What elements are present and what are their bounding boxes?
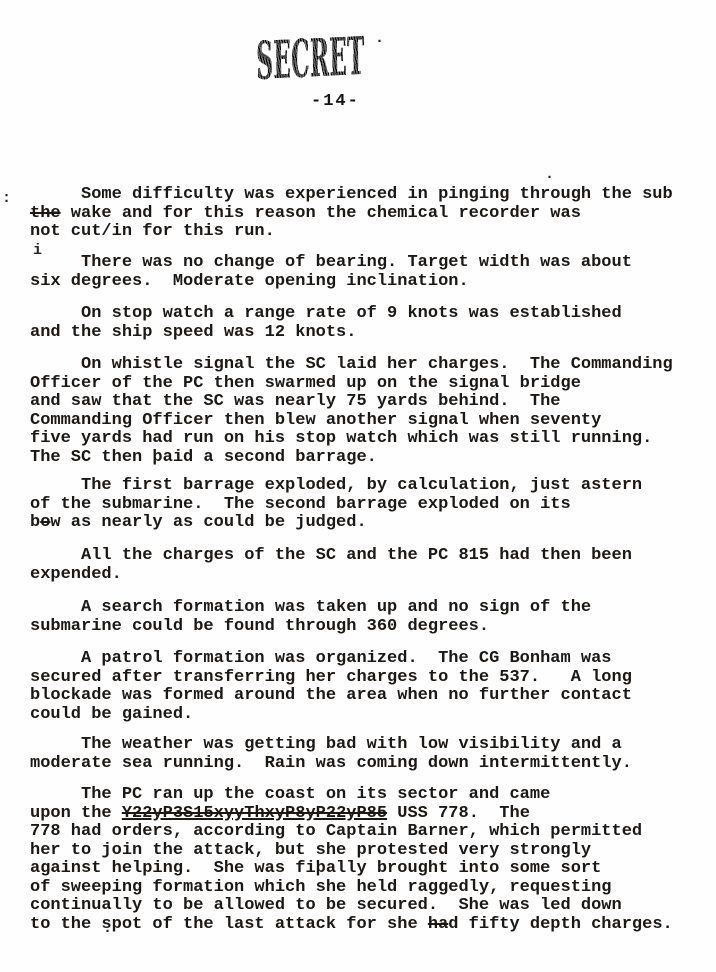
- text-line: the wake and for this reason the chemica…: [30, 205, 706, 224]
- text-line: The weather was getting bad with low vis…: [30, 736, 706, 755]
- text-segment: USS 778. The: [387, 804, 530, 823]
- text-segment: On whistle signal the SC laid her charge…: [30, 355, 673, 374]
- text-segment: moderate sea running. Rain was coming do…: [30, 754, 632, 773]
- paragraph: There was no change of bearing. Target w…: [30, 254, 706, 291]
- text-line: not cut/in for this run.: [30, 223, 706, 242]
- text-segment: The PC ran up the coast on its sector an…: [30, 785, 550, 804]
- text-line: There was no change of bearing. Target w…: [30, 254, 706, 273]
- text-line: expended.: [30, 566, 706, 585]
- text-line: her to join the attack, but she proteste…: [30, 842, 706, 861]
- text-line: The SC then þaid a second barrage.: [30, 449, 706, 468]
- paragraph: On stop watch a range rate of 9 knots wa…: [30, 305, 706, 342]
- text-segment: Some difficulty was experienced in pingi…: [30, 185, 673, 204]
- text-line: five yards had run on his stop watch whi…: [30, 430, 706, 449]
- text-segment: upon the: [30, 804, 122, 823]
- text-segment: not cut/in for this run.: [30, 222, 275, 241]
- text-line: The first barrage exploded, by calculati…: [30, 477, 706, 496]
- text-segment: continually to be allowed to be secured.…: [30, 896, 622, 915]
- text-segment: b: [30, 513, 40, 532]
- paragraph: A patrol formation was organized. The CG…: [30, 650, 706, 724]
- text-line: to the spot of the last attack for she h…: [30, 916, 706, 935]
- text-segment: six degrees. Moderate opening inclinatio…: [30, 272, 469, 291]
- paragraph: The first barrage exploded, by calculati…: [30, 477, 706, 533]
- text-segment: of the submarine. The second barrage exp…: [30, 495, 571, 514]
- text-line: Commanding Officer then blew another sig…: [30, 412, 706, 431]
- text-line: of the submarine. The second barrage exp…: [30, 496, 706, 515]
- text-segment: submarine could be found through 360 deg…: [30, 617, 489, 636]
- scanned-page: SECRET -14- Some difficulty was experien…: [0, 0, 716, 972]
- stray-mark: i: [33, 246, 42, 256]
- overstruck-text: ha: [428, 915, 448, 934]
- paragraph: The weather was getting bad with low vis…: [30, 736, 706, 773]
- text-segment: expended.: [30, 565, 122, 584]
- text-segment: Officer of the PC then swarmed up on the…: [30, 374, 581, 393]
- text-segment: There was no change of bearing. Target w…: [30, 253, 632, 272]
- text-segment: wake and for this reason the chemical re…: [61, 204, 581, 223]
- text-segment: A search formation was taken up and no s…: [30, 598, 591, 617]
- text-line: All the charges of the SC and the PC 815…: [30, 547, 706, 566]
- text-segment: to the spot of the last attack for she: [30, 915, 428, 934]
- text-line: A patrol formation was organized. The CG…: [30, 650, 706, 669]
- overstruck-text: o: [40, 513, 50, 532]
- secret-stamp: SECRET: [256, 31, 365, 88]
- text-segment: five yards had run on his stop watch whi…: [30, 429, 652, 448]
- text-line: The PC ran up the coast on its sector an…: [30, 786, 706, 805]
- text-segment: On stop watch a range rate of 9 knots wa…: [30, 304, 622, 323]
- text-line: bow as nearly as could be judged.: [30, 514, 706, 533]
- text-line: A search formation was taken up and no s…: [30, 599, 706, 618]
- text-line: secured after transferring her charges t…: [30, 669, 706, 688]
- text-line: Some difficulty was experienced in pingi…: [30, 186, 706, 205]
- paragraph: All the charges of the SC and the PC 815…: [30, 547, 706, 584]
- stray-mark: .: [545, 170, 554, 180]
- text-segment: and the ship speed was 12 knots.: [30, 323, 356, 342]
- text-line: six degrees. Moderate opening inclinatio…: [30, 273, 706, 292]
- text-line: upon the Y22yP3S15xyyThxyP8yP22yP85 USS …: [30, 805, 706, 824]
- text-segment: secured after transferring her charges t…: [30, 668, 632, 687]
- paragraph: The PC ran up the coast on its sector an…: [30, 786, 706, 934]
- text-segment: w as nearly as could be judged.: [50, 513, 366, 532]
- text-segment: The SC then þaid a second barrage.: [30, 448, 377, 467]
- text-segment: The first barrage exploded, by calculati…: [30, 476, 642, 495]
- text-line: continually to be allowed to be secured.…: [30, 897, 706, 916]
- paragraph: A search formation was taken up and no s…: [30, 599, 706, 636]
- text-segment: blockade was formed around the area when…: [30, 686, 632, 705]
- overstruck-text: the: [30, 204, 61, 223]
- text-segment: d fifty depth charges.: [448, 915, 672, 934]
- text-segment: could be gained.: [30, 705, 193, 724]
- paragraph: On whistle signal the SC laid her charge…: [30, 356, 706, 467]
- crossed-out-text: Y22yP3S15xyyThxyP8yP22yP85: [122, 804, 387, 823]
- text-line: 778 had orders, according to Captain Bar…: [30, 823, 706, 842]
- text-segment: All the charges of the SC and the PC 815…: [30, 546, 632, 565]
- stray-mark: .: [375, 34, 384, 44]
- text-segment: Commanding Officer then blew another sig…: [30, 411, 601, 430]
- text-segment: of sweeping formation which she held rag…: [30, 878, 612, 897]
- text-line: blockade was formed around the area when…: [30, 687, 706, 706]
- text-line: moderate sea running. Rain was coming do…: [30, 755, 706, 774]
- stray-mark: :: [2, 194, 11, 204]
- text-segment: The weather was getting bad with low vis…: [30, 735, 622, 754]
- page-number: -14-: [311, 92, 360, 111]
- text-line: Officer of the PC then swarmed up on the…: [30, 375, 706, 394]
- text-line: against helping. She was fiþally brought…: [30, 860, 706, 879]
- text-line: On whistle signal the SC laid her charge…: [30, 356, 706, 375]
- text-line: could be gained.: [30, 706, 706, 725]
- paragraph: Some difficulty was experienced in pingi…: [30, 186, 706, 242]
- text-line: and the ship speed was 12 knots.: [30, 324, 706, 343]
- text-segment: and saw that the SC was nearly 75 yards …: [30, 392, 561, 411]
- text-line: of sweeping formation which she held rag…: [30, 879, 706, 898]
- text-line: and saw that the SC was nearly 75 yards …: [30, 393, 706, 412]
- text-segment: against helping. She was fiþally brought…: [30, 859, 601, 878]
- text-line: On stop watch a range rate of 9 knots wa…: [30, 305, 706, 324]
- text-segment: 778 had orders, according to Captain Bar…: [30, 822, 642, 841]
- text-line: submarine could be found through 360 deg…: [30, 618, 706, 637]
- text-segment: her to join the attack, but she proteste…: [30, 841, 591, 860]
- text-segment: A patrol formation was organized. The CG…: [30, 649, 612, 668]
- stray-mark: .: [103, 924, 112, 934]
